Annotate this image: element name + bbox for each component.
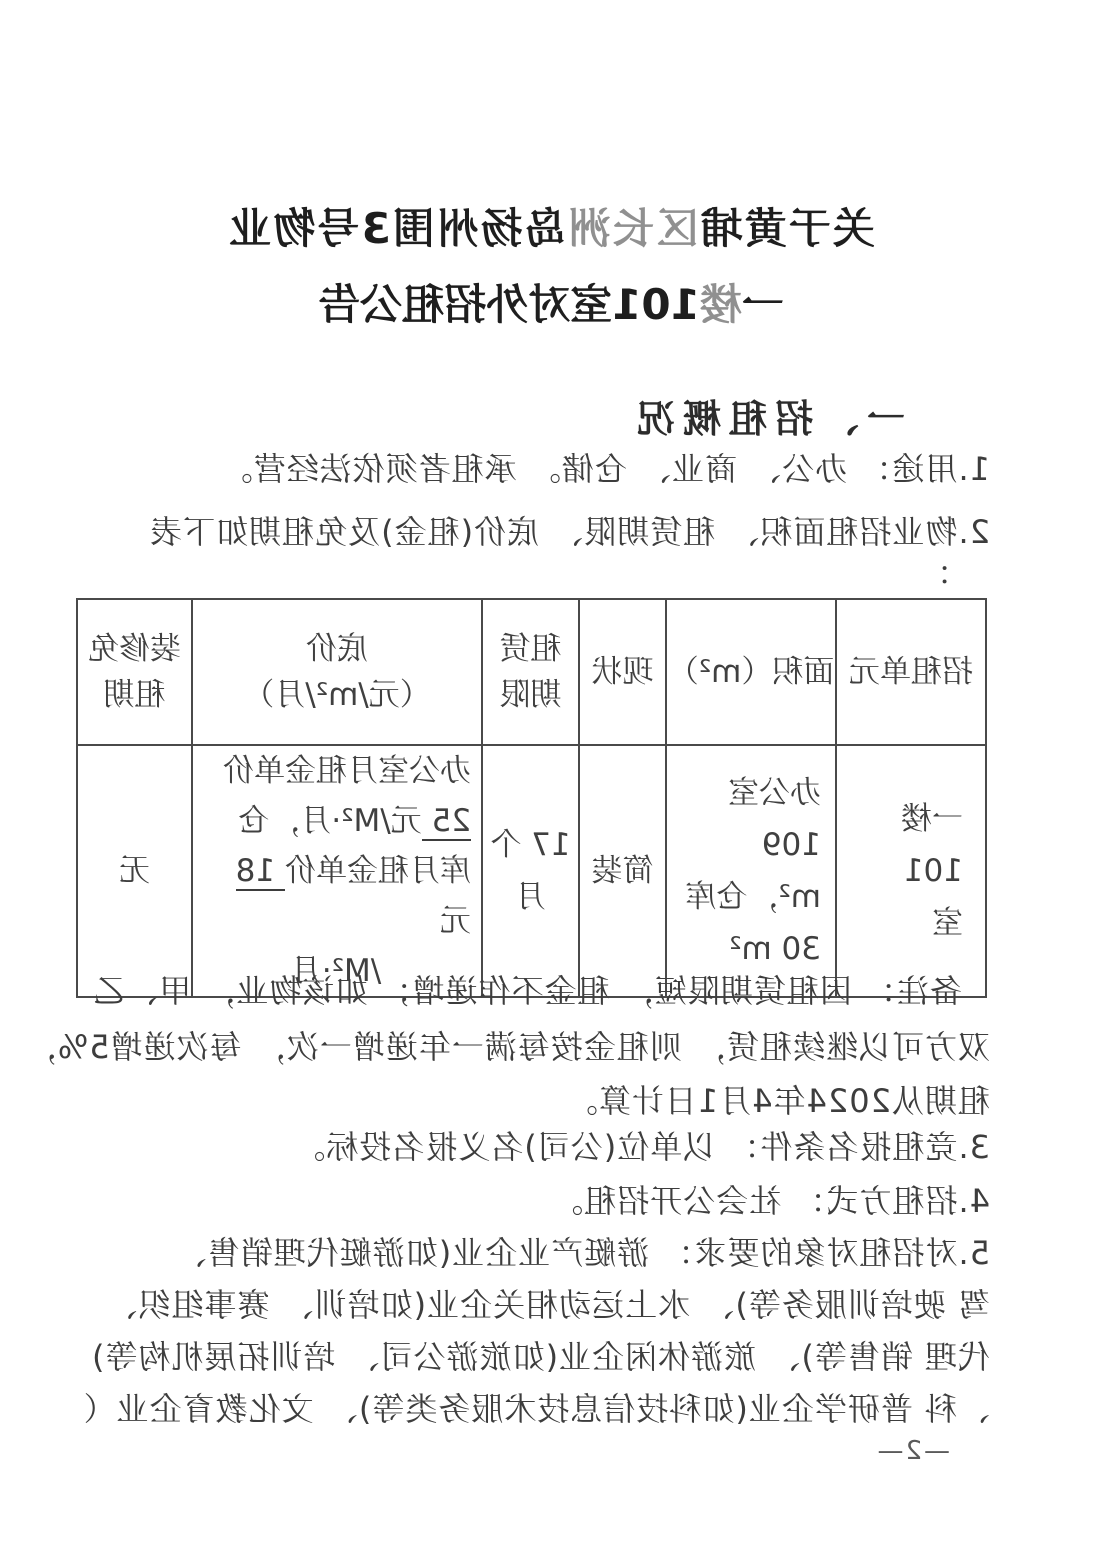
header-area: 面积（m²） xyxy=(666,599,836,745)
header-base-price: 底价（元/m²/月） xyxy=(192,599,482,745)
text-line: 装修免 xyxy=(78,626,191,672)
text-segment: 区长洲 xyxy=(567,204,699,253)
text-line: 17 个 xyxy=(483,819,578,871)
header-rental-unit: 招租单元 xyxy=(836,599,986,745)
cell-status: 简装 xyxy=(579,745,666,997)
table-data-row: 一楼 101室 办公室 109m²，仓库30 m² 简装 17 个月 办公室月租… xyxy=(77,745,986,997)
paragraph-item1: 1.用途： 办公、 商业、 仓储。 承租者须依法经营。 xyxy=(220,444,990,490)
text-line: 招租单元 xyxy=(837,649,985,695)
text-segment: 25 xyxy=(422,803,471,841)
text-line: 期限 xyxy=(483,672,578,718)
table-header-row: 招租单元 面积（m²） 现状 租赁期限 底价（元/m²/月） 装修免租期 xyxy=(77,599,986,745)
text-line: 月 xyxy=(483,871,578,923)
cell-lease-term: 17 个月 xyxy=(482,745,579,997)
notes-line-1: 备注： 因租赁期限短， 租金不作递增； 如该物业， 甲、乙 xyxy=(92,966,962,1012)
text-line: 库月租金单价 18 元 xyxy=(201,846,471,946)
paragraph-item2: 2.物业招租面积、 租赁期限、 底价(租金)及免租期如下表 xyxy=(149,507,990,553)
header-status: 现状 xyxy=(579,599,666,745)
text-segment: 元/M²·月，仓 xyxy=(238,803,421,839)
document-title-line1: 关于黄埔区长洲岛扬州围3号物业 xyxy=(0,196,1102,256)
text-line: 面积（m²） xyxy=(667,649,835,695)
notes-line-3: 租期从2024年4月1日计算。 xyxy=(565,1076,990,1122)
rental-info-table: 招租单元 面积（m²） 现状 租赁期限 底价（元/m²/月） 装修免租期 一楼 … xyxy=(76,598,987,998)
notes-line-2: 双方可以继续租赁， 则租金按每满一年递增一次， 每次递增5%， xyxy=(24,1022,990,1068)
section-heading: 一、招租概况 xyxy=(629,388,905,443)
paragraph-item5-line2: 驾 驶培训服务等)、 水上运动相关企业(如培训、 赛事组织、 xyxy=(105,1280,991,1326)
text-line: 现状 xyxy=(580,649,665,695)
text-segment: 一 xyxy=(742,280,784,329)
text-segment: 库月租金单价 xyxy=(285,853,471,889)
text-segment: 18 xyxy=(236,853,285,891)
scanned-document-page: 关于黄埔区长洲岛扬州围3号物业 一楼101室对外招租公告 一、招租概况 1.用途… xyxy=(0,0,1102,1559)
text-line: 办公室月租金单价 xyxy=(201,746,471,796)
text-line: 室 xyxy=(837,897,963,949)
text-segment: 楼 xyxy=(700,280,742,329)
cell-base-price: 办公室月租金单价 25 元/M²·月，仓库月租金单价 18 元/M²·月 xyxy=(192,745,482,997)
paragraph-item5-line1: 5.对招租对象的要求： 游艇产业企业(如游艇代理销售、 xyxy=(174,1228,990,1274)
cell-rent-free-period: 无 xyxy=(77,745,192,997)
text-segment: 关于黄埔 xyxy=(699,204,875,253)
paragraph-item5-line4: 、科 普研学企业(如科技信息技术服务类等)、 文化教育企业（ xyxy=(83,1384,990,1430)
text-line: 简装 xyxy=(580,845,665,897)
text-segment: 101室对外招租公告 xyxy=(318,280,700,329)
cell-area: 办公室 109m²，仓库30 m² xyxy=(666,745,836,997)
text-line: 租期 xyxy=(78,672,191,718)
text-line: m²，仓库 xyxy=(673,871,821,923)
text-segment: 元 xyxy=(440,903,471,939)
text-line: 租赁 xyxy=(483,626,578,672)
text-line: 底价 xyxy=(193,626,481,672)
text-segment: 岛扬州围3号物业 xyxy=(227,204,566,253)
paragraph-item2-colon: ： xyxy=(919,548,952,594)
text-line: （元/m²/月） xyxy=(193,672,481,718)
text-line: 办公室 109 xyxy=(673,767,821,871)
header-lease-term: 租赁期限 xyxy=(482,599,579,745)
paragraph-item5-line3: 代理 销售等)、 旅游休闲企业(如旅游公司、 培训拓展机构等) xyxy=(91,1332,990,1378)
text-segment: 办公室月租金单价 xyxy=(223,753,471,789)
text-line: 25 元/M²·月，仓 xyxy=(201,796,471,846)
document-title-line2: 一楼101室对外招租公告 xyxy=(0,272,1102,332)
paragraph-item4: 4.招租方式： 社会公开招租。 xyxy=(550,1176,990,1222)
header-rent-free-period: 装修免租期 xyxy=(77,599,192,745)
cell-rental-unit: 一楼 101室 xyxy=(836,745,986,997)
paragraph-item3: 3.竞租报名条件： 以单位(公司)名义报名投标。 xyxy=(292,1122,990,1168)
text-line: 无 xyxy=(78,845,191,897)
page-number: —2— xyxy=(875,1436,950,1466)
text-line: 一楼 101 xyxy=(837,793,963,897)
